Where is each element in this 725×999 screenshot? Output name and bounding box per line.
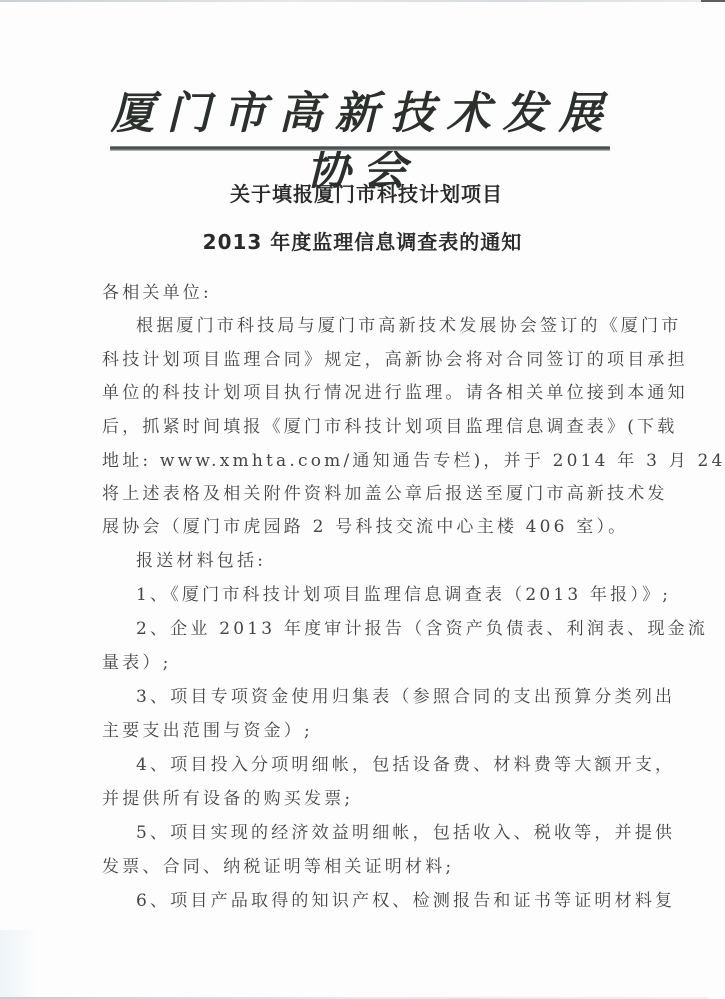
body-paragraph-line: 科技计划项目监理合同》规定，高新协会将对合同签订的项目承担 [102, 345, 688, 370]
body-paragraph-line: 后，抓紧时间填报《厦门市科技计划项目监理信息调查表》(下载 [102, 412, 677, 437]
materials-item-5-cont: 发票、合同、纳税证明等相关证明材料; [102, 852, 454, 877]
materials-item-4-cont: 并提供所有设备的购买发票; [102, 784, 353, 809]
scan-shadow [0, 930, 40, 999]
body-paragraph-line-address: 展协会（厦门市虎园路 2 号科技交流中心主楼 406 室）。 [102, 512, 628, 537]
materials-item-5: 5、项目实现的经济效益明细帐，包括收入、税收等，并提供 [136, 818, 675, 843]
materials-item-2: 2、企业 2013 年度审计报告（含资产负债表、利润表、现金流 [136, 614, 708, 639]
body-paragraph-line: 单位的科技计划项目执行情况进行监理。请各相关单位接到本通知 [102, 378, 688, 403]
materials-item-1: 1、《厦门市科技计划项目监理信息调查表（2013 年报）》; [136, 580, 671, 605]
materials-item-2-cont: 量表）; [102, 648, 172, 673]
materials-item-3: 3、项目专项资金使用归集表（参照合同的支出预算分类列出 [136, 682, 675, 707]
scan-edge-mark [701, 0, 725, 2]
body-paragraph-line: 根据厦门市科技局与厦门市高新技术发展协会签订的《厦门市 [136, 311, 681, 336]
document-title-line-1: 关于填报厦门市科技计划项目 [4, 178, 725, 207]
materials-heading: 报送材料包括: [136, 546, 266, 571]
materials-item-3-cont: 主要支出范围与资金）; [102, 716, 313, 741]
body-paragraph-line: 将上述表格及相关附件资料加盖公章后报送至厦门市高新技术发 [102, 479, 668, 504]
salutation: 各相关单位: [102, 278, 212, 303]
body-paragraph-line-with-url: 地址: www.xmhta.com/通知通告专栏)，并于 2014 年 3 月 … [102, 446, 725, 471]
letterhead-divider [110, 146, 610, 151]
scan-edge-top [0, 0, 725, 2]
materials-item-4: 4、项目投入分项明细帐，包括设备费、材料费等大额开支， [136, 750, 675, 775]
materials-item-6: 6、项目产品取得的知识产权、检测报告和证书等证明材料复 [136, 886, 675, 911]
document-title-line-2: 2013 年度监理信息调查表的通知 [0, 226, 725, 255]
